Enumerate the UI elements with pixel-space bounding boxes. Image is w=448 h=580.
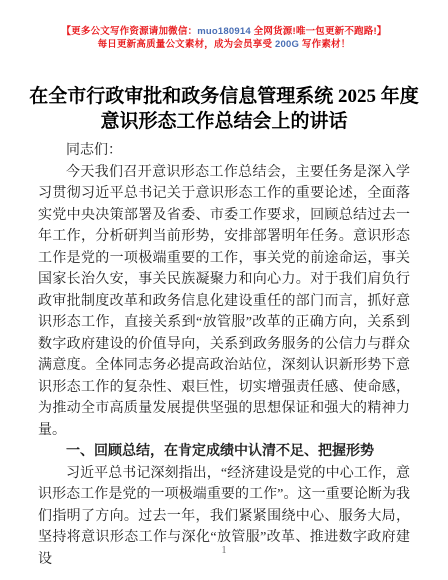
document-page: 【更多公文写作资源请加微信：muo180914 全网货源!唯一包更新不跑路!】 … (0, 0, 448, 580)
section-heading: 一、回顾总结，在肯定成绩中认清不足、把握形势 (38, 441, 410, 463)
document-title-line-2: 意识形态工作总结会上的讲话 (28, 109, 420, 134)
document-body: 同志们： 今天我们召开意识形态工作总结会，主要任务是深入学习贯彻习近平总书记关于… (38, 140, 410, 570)
header-ad: 【更多公文写作资源请加微信：muo180914 全网货源!唯一包更新不跑路!】 … (0, 0, 448, 51)
ad-material-count: 200G (275, 39, 299, 50)
ad-line1-suffix: 全网货源!唯一包更新不跑路!】 (251, 26, 387, 37)
ad-line2-prefix: 每日更新高质量公文素材，成为会员享受 (98, 39, 275, 50)
paragraph-1: 今天我们召开意识形态工作总结会，主要任务是深入学习贯彻习近平总书记关于意识形态工… (38, 162, 410, 442)
ad-line-1: 【更多公文写作资源请加微信：muo180914 全网货源!唯一包更新不跑路!】 (0, 25, 448, 38)
ad-line-2: 每日更新高质量公文素材，成为会员享受 200G 写作素材！ (0, 38, 448, 51)
document-title: 在全市行政审批和政务信息管理系统 2025 年度 意识形态工作总结会上的讲话 (28, 84, 420, 134)
ad-line1-prefix: 【更多公文写作资源请加微信： (61, 26, 197, 37)
ad-wechat-id: muo180914 (197, 26, 251, 37)
document-title-line-1: 在全市行政审批和政务信息管理系统 2025 年度 (28, 84, 420, 109)
ad-line2-suffix: 写作素材！ (299, 39, 350, 50)
page-number: 1 (0, 545, 448, 556)
salutation: 同志们： (38, 140, 410, 162)
